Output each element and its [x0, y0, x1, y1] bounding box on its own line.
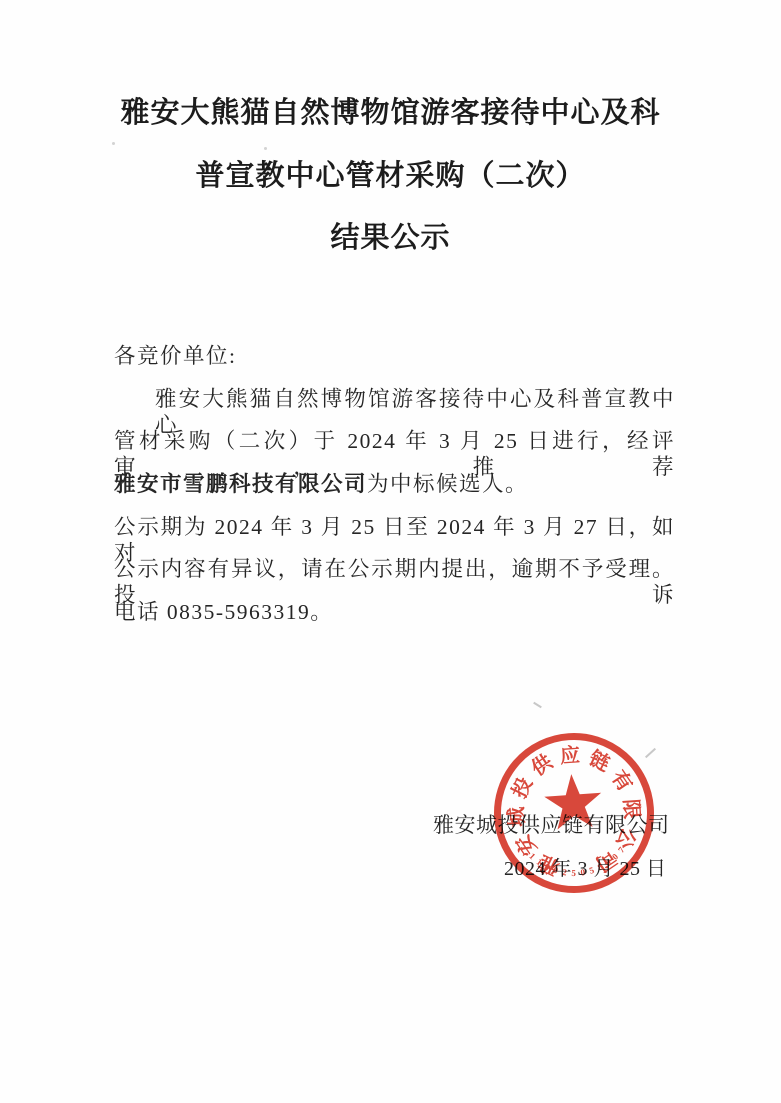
scan-speck: [533, 702, 542, 708]
svg-text:投: 投: [507, 773, 537, 801]
winner-company-name: 雅安市雪鹏科技有限公司: [114, 472, 367, 496]
svg-text:5: 5: [588, 865, 596, 876]
svg-text:城: 城: [504, 805, 528, 828]
svg-text:供: 供: [527, 750, 557, 781]
document-title-line-2: 普宣教中心管材采购（二次）: [0, 159, 781, 193]
svg-text:5: 5: [571, 868, 576, 878]
svg-text:0: 0: [580, 867, 586, 878]
complaint-phone-line: 电话 0835-5963319。: [114, 599, 675, 625]
svg-text:限: 限: [619, 798, 643, 820]
document-page: 雅安大熊猫自然博物馆游客接待中心及科 普宣教中心管材采购（二次） 结果公示 各竞…: [0, 0, 781, 1103]
document-title-line-3: 结果公示: [0, 221, 781, 255]
salutation: 各竞价单位:: [114, 343, 675, 369]
stamp-svg: 雅安城投供应链有限公司 118025058007: [467, 706, 680, 919]
official-stamp: 雅安城投供应链有限公司 118025058007: [467, 706, 680, 919]
paragraph1-line3-rest: 为中标候选人。: [367, 472, 528, 496]
svg-text:应: 应: [559, 742, 581, 767]
svg-text:安: 安: [510, 830, 541, 860]
svg-text:有: 有: [607, 766, 638, 796]
document-title-line-1: 雅安大熊猫自然博物馆游客接待中心及科: [0, 96, 781, 130]
scan-speck: [112, 142, 115, 145]
paragraph1-line3: 雅安市雪鹏科技有限公司为中标候选人。: [114, 471, 675, 497]
stamp-star-icon: [543, 772, 604, 830]
svg-text:链: 链: [585, 746, 613, 776]
scan-speck: [264, 147, 267, 150]
svg-text:2: 2: [562, 867, 569, 878]
